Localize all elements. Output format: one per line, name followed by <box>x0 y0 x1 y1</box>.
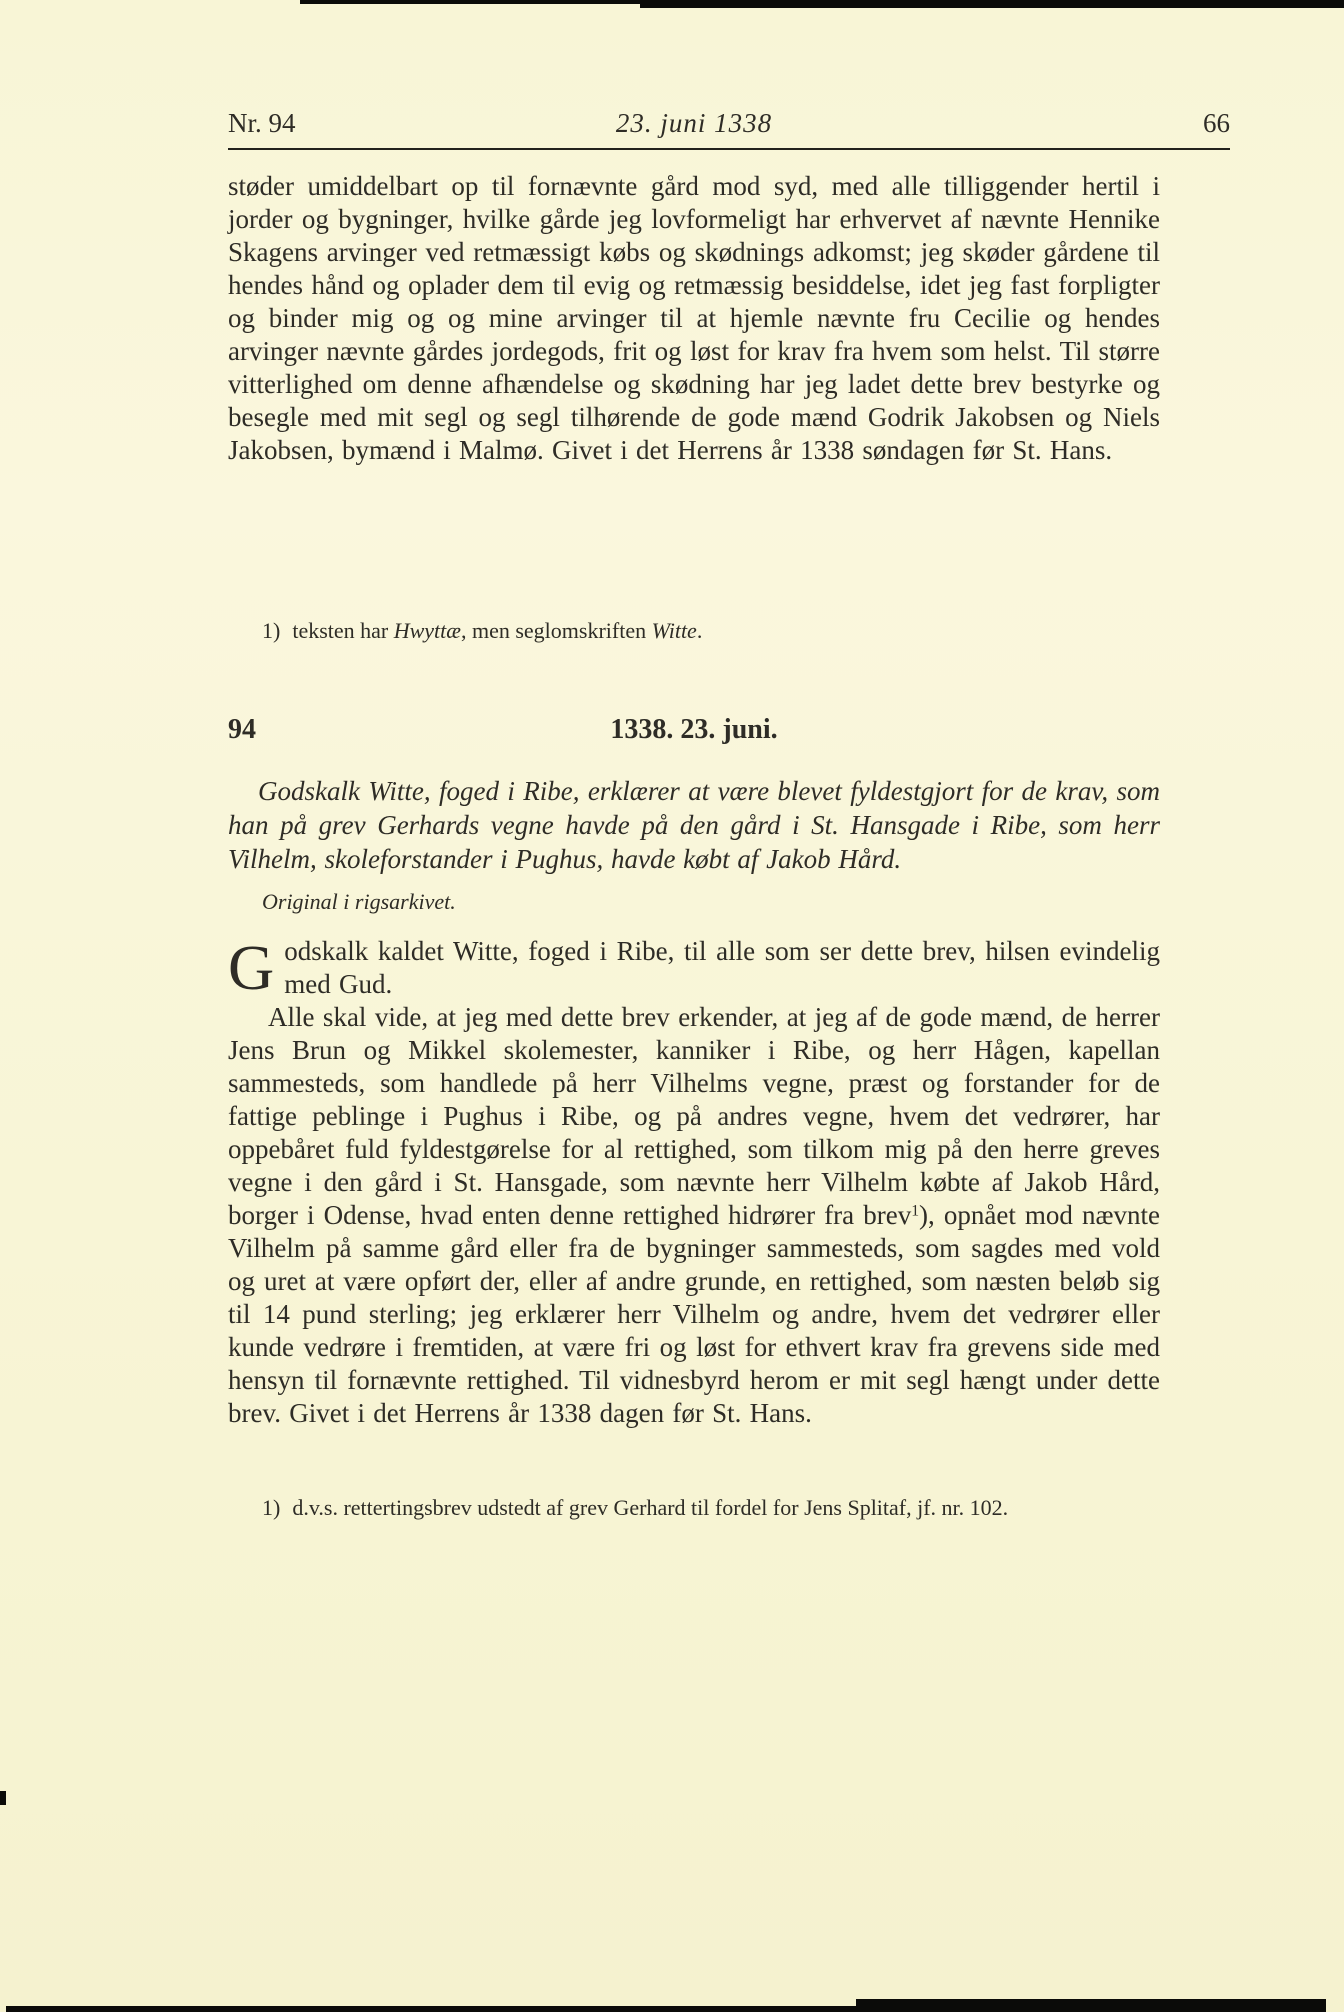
footnote-reference: 1 <box>911 1202 919 1219</box>
document-94-provenance: Original i rigsarkivet. <box>228 888 1160 915</box>
salutation-text: odskalk kaldet Witte, foged i Ribe, til … <box>284 936 1160 999</box>
text-column: støder umiddelbart op til fornævnte gård… <box>228 170 1160 1521</box>
scan-edge-artifact <box>0 1791 6 1805</box>
document-94-footnote: 1)d.v.s. rettertingsbrev udstedt af grev… <box>228 1494 1160 1521</box>
body-text-part: Alle skal vide, at jeg med dette brev er… <box>228 1002 1160 1230</box>
document-93-body-continuation: støder umiddelbart op til fornævnte gård… <box>228 170 1160 467</box>
footnote-text: , men seglomskriften <box>461 618 652 643</box>
footnote-term: Witte <box>652 618 697 643</box>
header-rule <box>228 148 1230 150</box>
document-94-summary: Godskalk Witte, foged i Ribe, erklærer a… <box>228 774 1160 876</box>
scan-edge-artifact <box>856 1999 1326 2012</box>
document-94-body: Alle skal vide, at jeg med dette brev er… <box>228 1001 1160 1430</box>
scan-edge-artifact <box>6 2006 856 2012</box>
document-93-footnote: 1)teksten har Hwyttæ, men seglomskriften… <box>228 617 1160 644</box>
book-page-scan: Nr. 94 23. juni 1338 66 støder umiddelba… <box>0 0 1344 2012</box>
document-94-heading: 94 1338. 23. juni. <box>228 712 1160 748</box>
type-area: Nr. 94 23. juni 1338 66 støder umiddelba… <box>228 106 1230 1521</box>
header-date: 23. juni 1338 <box>228 106 1160 140</box>
body-text-part: ), opnået mod nævnte Vilhelm på samme gå… <box>228 1200 1160 1428</box>
scan-edge-artifact <box>640 0 1344 8</box>
footnote-text: d.v.s. rettertingsbrev udstedt af grev G… <box>292 1495 1008 1520</box>
document-94-salutation: Godskalk kaldet Witte, foged i Ribe, til… <box>228 935 1160 1001</box>
header-page-number: 66 <box>1203 106 1230 140</box>
scan-edge-artifact <box>300 0 640 4</box>
footnote-marker: 1) <box>262 618 292 643</box>
drop-cap-initial: G <box>228 935 284 995</box>
document-date: 1338. 23. juni. <box>228 712 1160 748</box>
footnote-term: Hwyttæ <box>394 618 461 643</box>
footnote-text: . <box>697 618 703 643</box>
footnote-marker: 1) <box>262 1495 292 1520</box>
running-header: Nr. 94 23. juni 1338 66 <box>228 106 1230 140</box>
footnote-text: teksten har <box>292 618 393 643</box>
